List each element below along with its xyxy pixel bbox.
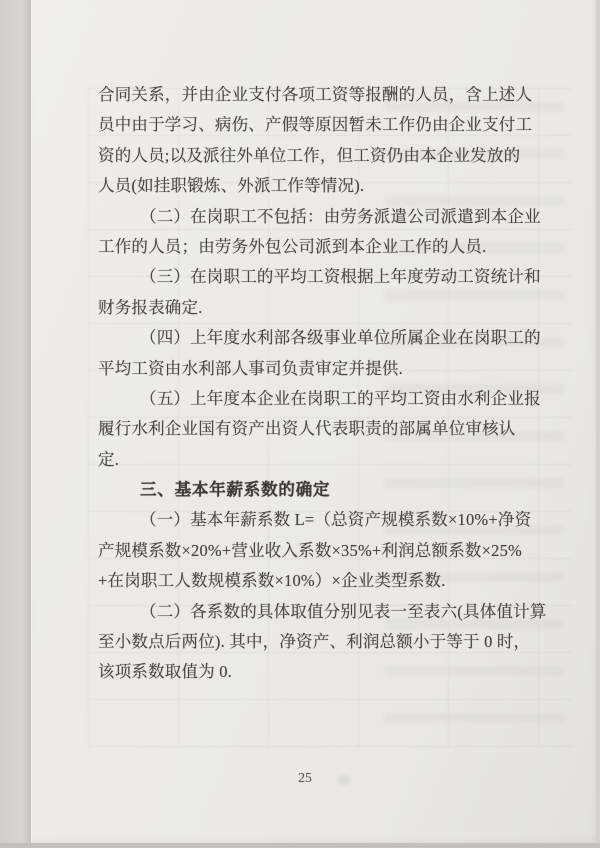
text-line: 该项系数取值为 0. (98, 657, 518, 687)
text-line: 定. (98, 445, 518, 475)
text-line: +在岗职工人数规模系数×10%）×企业类型系数. (98, 566, 518, 596)
paper-page: 合同关系，并由企业支付各项工资等报酬的人员，含上述人员中由于学习、病伤、产假等原… (31, 0, 596, 844)
footer-ghost-mark (338, 776, 350, 784)
text-line: （三）在岗职工的平均工资根据上年度劳动工资统计和 (98, 262, 518, 292)
text-line: 平均工资由水利部人事司负责审定并提供. (98, 354, 518, 384)
text-line: 三、基本年薪系数的确定 (98, 475, 518, 505)
text-line: 人员(如挂职锻炼、外派工作等情况). (98, 171, 518, 201)
document-body: 合同关系，并由企业支付各项工资等报酬的人员，含上述人员中由于学习、病伤、产假等原… (98, 80, 518, 688)
page-number: 25 (290, 770, 320, 786)
text-line: 工作的人员；由劳务外包公司派到本企业工作的人员. (98, 232, 518, 262)
text-line: （二）各系数的具体取值分别见表一至表六(具体值计算 (98, 597, 518, 627)
text-line: （二）在岗职工不包括：由劳务派遣公司派遣到本企业 (98, 202, 518, 232)
text-line: 资的人员;以及派往外单位工作，但工资仍由本企业发放的 (98, 141, 518, 171)
text-line: （四）上年度水利部各级事业单位所属企业在岗职工的 (98, 323, 518, 353)
text-line: 至小数点后两位). 其中，净资产、利润总额小于等于 0 时， (98, 627, 518, 657)
text-line: （五）上年度本企业在岗职工的平均工资由水利企业报 (98, 384, 518, 414)
text-line: 财务报表确定. (98, 293, 518, 323)
scanned-document-page: 合同关系，并由企业支付各项工资等报酬的人员，含上述人员中由于学习、病伤、产假等原… (0, 0, 600, 848)
scan-left-edge (0, 0, 31, 848)
text-line: 员中由于学习、病伤、产假等原因暂未工作仍由企业支付工 (98, 110, 518, 140)
text-line: 合同关系，并由企业支付各项工资等报酬的人员，含上述人 (98, 80, 518, 110)
text-line: 履行水利企业国有资产出资人代表职责的部属单位审核认 (98, 414, 518, 444)
text-line: 产规模系数×20%+营业收入系数×35%+利润总额系数×25% (98, 536, 518, 566)
text-line: （一）基本年薪系数 L=（总资产规模系数×10%+净资 (98, 505, 518, 535)
